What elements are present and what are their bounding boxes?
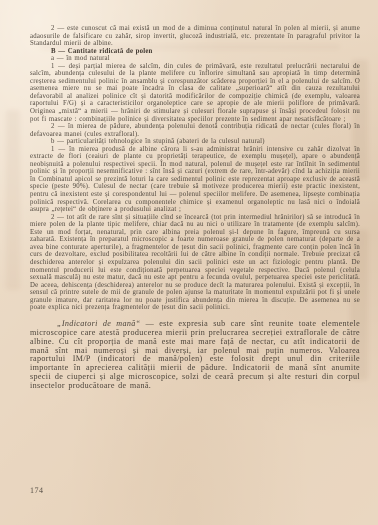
paragraph-miere-salcim: 1 — deși parțial mierea de salcîm, din c… — [30, 63, 360, 123]
subsection-b-particularitati-tehnologice: b — particularități tehnologice în stupi… — [30, 138, 360, 146]
indicatori-de-mana-term: „Indicatori de mană“ — [57, 319, 141, 328]
book-page: 2 — este cunoscut că mai există un mod d… — [0, 0, 378, 525]
showthrough-artifact — [6, 110, 20, 290]
paragraph-miere-padure: 2 — în mierea de pădure, abundența polen… — [30, 123, 360, 138]
subsection-a-in-mod-natural: a — în mod natural — [30, 55, 360, 63]
paragraph-hraniri-intensive: 1 — în mierea produsă de albine cărora l… — [30, 146, 360, 214]
indicatori-de-mana-body: — este expresia sub care sînt reunite to… — [30, 319, 360, 390]
text-block: 2 — este cunoscut că mai există un mod d… — [30, 25, 360, 391]
paragraph-polen-fortat: 2 — tot atît de rare sînt și situațiile … — [30, 214, 360, 312]
paragraph-falsification-note: 2 — este cunoscut că mai există un mod d… — [30, 25, 360, 48]
paragraph-indicatori-de-mana: „Indicatori de mană“ — este expresia sub… — [30, 320, 360, 391]
section-heading-cantitate-ridicata: B — Cantitate ridicată de polen — [30, 48, 360, 56]
page-number: 174 — [30, 486, 44, 495]
